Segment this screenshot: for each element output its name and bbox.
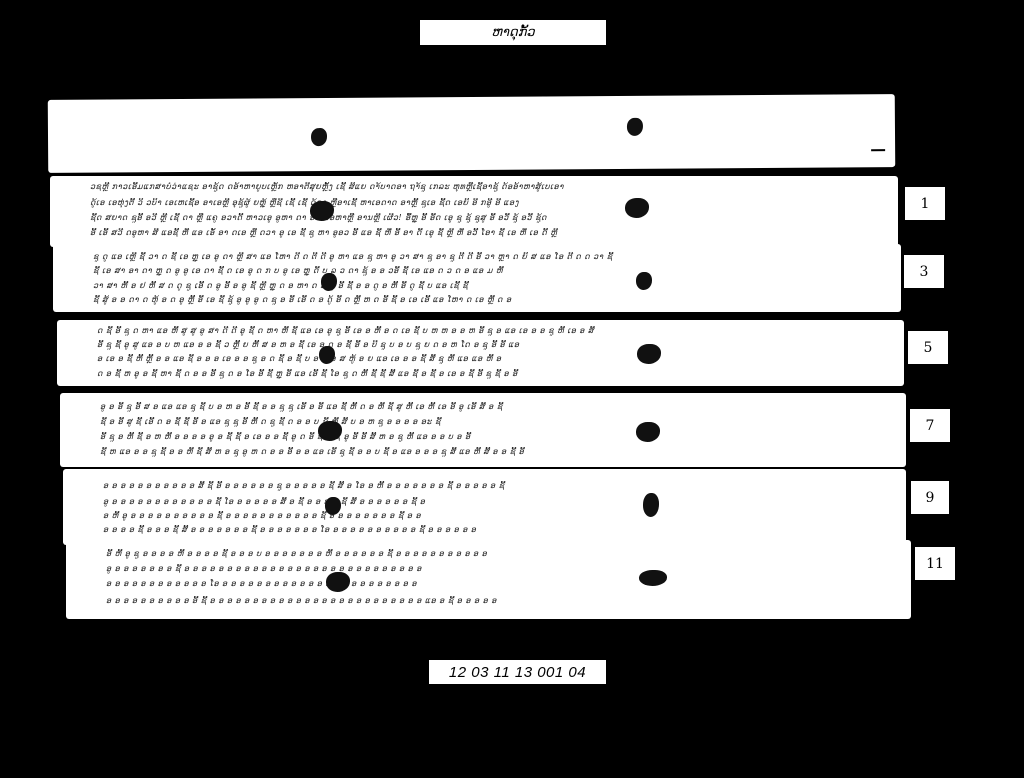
text-line: ວຊຫຼີ ກາວເອີ້ມແກສາບໍວ່າແຊະ ອາຊູ້ດ ດອ້າຫາ… <box>90 182 884 192</box>
page-number-label: 7 <box>910 409 950 442</box>
text-line: ຊີ້ ສູ້ ອ ອ ດາ ດ ຫູ້ ອ ດ ອູ ຫຼີ້ ອີ້ ເອ … <box>93 295 887 305</box>
binding-hole <box>311 128 327 146</box>
manuscript-title-label: ຫາດຸກັ້ວ <box>420 20 606 45</box>
edge-mark <box>871 149 885 151</box>
binding-hole <box>326 572 350 592</box>
manuscript-leaf-7: ອູ ອ ອີ້ ຊູ ອີ້ ສ ອ ແອ ແອ ຊູ ຊີ້ ບ ອ ຫ ອ… <box>60 393 906 467</box>
manuscript-leaf-3: ຊູ ດູ ແອ ເຫຼີ ຊີ້ ວາ ດ ຊີ້ ເອ ຫຼູ ເອ ອູ … <box>53 244 901 312</box>
text-line: ອີ້ ຫີ້ ອູ ຊູ ອ ອ ອ ອ ຫີ້ ອ ອ ອ ອ ຊີ້ ອ … <box>106 549 897 559</box>
text-line: ອີ້ ຊູ ອ ຫີ້ ຊີ້ ອ ຫ ຫີ້ ອ ອ ອ ອ ອູ ອ ຊີ… <box>100 432 892 442</box>
manuscript-leaf-1: ວຊຫຼີ ກາວເອີ້ມແກສາບໍວ່າແຊະ ອາຊູ້ດ ດອ້າຫາ… <box>50 176 898 247</box>
manuscript-leaf-5: ດ ຊີ້ ອີ້ ຊູ ດ ຫາ ແອ ຫີ້ ສູ ສູ ອູ ສາ ດີ … <box>57 320 904 386</box>
text-line: ຊີ້ ອ ອີ້ ສູ ຊີ້ ເອີ້ ດ ອ ຊີ້ ຊີ້ ອີ້ ອ … <box>100 417 892 427</box>
text-line: ດູ້ເອ ເອຫຸ່ງຕີ້ ວິ ວບິາ ເອເຫເຊີ້ອ ອາເອຫຼ… <box>90 198 884 208</box>
manuscript-leaf-cover <box>48 94 895 173</box>
text-line: ອີ້ ຊູ ຊີ້ ອູ ສູ ແອ ອ ບ ຫ ແອ ອ ອ ຊີ້ ວ ຫ… <box>97 340 890 350</box>
text-line: ອູ ອ ອີ້ ຊູ ອີ້ ສ ອ ແອ ແອ ຊູ ຊີ້ ບ ອ ຫ ອ… <box>100 402 892 412</box>
text-line: ອ ຫີ້ ອູ ອ ອ ອ ອ ອ ອ ອ ອ ອ ອ ຊີ້ ອ ອ ອ ອ… <box>103 511 892 521</box>
page-number-label: 3 <box>904 255 944 288</box>
text-line: ຊີ້ ຫ ແອ ອ ອ ຊູ ຊີ້ ອ ອ ຫີ້ ຊີ້ ສີ້ ຫ ອ … <box>100 447 892 457</box>
text-line: ອ ເອ ອ ຊີ້ ຫີ້ ຫຼີ້ ອ ອ ແອ ຊີ້ ອ ອ ອ ເອ … <box>97 354 890 364</box>
text-line: ດ ຊີ້ ອີ້ ຊູ ດ ຫາ ແອ ຫີ້ ສູ ສູ ອູ ສາ ດີ … <box>97 326 890 336</box>
text-line: ຊີ້ດ ສຍາດ ຊູອີ້ ອວີ ຫຼີ ເຊີ້ ດາ ຫຼື ແຄູ … <box>90 213 884 223</box>
text-line: ອ ອ ອ ອ ຊີ້ ອ ອ ອ ຊີ້ ສີ້ ອ ອ ອ ອ ອ ອ ອ … <box>103 525 892 535</box>
text-line: ຊູ ດູ ແອ ເຫຼີ ຊີ້ ວາ ດ ຊີ້ ເອ ຫຼູ ເອ ອູ … <box>93 252 887 262</box>
page-number-label: 9 <box>911 481 949 514</box>
page-number-label: 5 <box>908 331 948 364</box>
text-line: ອູ ອ ອ ອ ອ ອ ອ ອ ຊີ້ ອ ອ ອ ອ ອ ອ ອ ອ ອ ອ… <box>106 564 897 574</box>
page-number-label: 11 <box>915 547 955 580</box>
text-line: ອ ອ ອ ອ ອ ອ ອ ອ ອ ອ ອ ສີ້ ຊີ້ ອີ້ ອ ອ ອ … <box>103 481 892 491</box>
text-line: ອ ອ ອ ອ ອ ອ ອ ອ ອ ອ ອ ອ ໂອ ອ ອ ອ ອ ອ ອ ອ… <box>106 579 897 589</box>
text-line: ອີ້ ເອີ້ ສວີ ດອູຫາ ສີ ແອຊີ້ ຫີ່ ແອ ເອັ້ … <box>90 228 884 238</box>
manuscript-leaf-11: ອີ້ ຫີ້ ອູ ຊູ ອ ອ ອ ອ ຫີ້ ອ ອ ອ ອ ຊີ້ ອ … <box>66 540 911 619</box>
text-line: ອູ ອ ອ ອ ອ ອ ອ ອ ອ ອ ອ ອ ອ ຊີ້ ໂອ ອ ອ ອ … <box>103 497 892 507</box>
text-line: ດ ອ ຊີ້ ຫ ອູ ອ ຊີ້ ຫາ ຊີ້ ດ ອ ອ ອີ້ ຊູ ດ… <box>97 369 890 379</box>
text-line: ຊີ້ ເອ ສາ ອາ ດາ ຫຼູ ດ ອູ ອູ ເອ ດາ ຊີ້ ດ … <box>93 266 887 276</box>
page-number-label: 1 <box>905 187 945 220</box>
archive-identifier-label: 12 03 11 13 001 04 <box>429 660 606 684</box>
text-line: ວາ ສາ ຫີ້ ອ ຢ ຫີ້ ສ ດ ດູ ຊູ ເອີ້ ດ ອູ ອີ… <box>93 281 887 291</box>
binding-hole <box>627 118 643 136</box>
manuscript-leaf-9: ອ ອ ອ ອ ອ ອ ອ ອ ອ ອ ອ ສີ້ ຊີ້ ອີ້ ອ ອ ອ … <box>63 469 906 545</box>
text-line: ອ ອ ອ ອ ອ ອ ອ ອ ອ ອ ອີ້ ຊີ້ ອ ອ ອ ອ ອ ອ … <box>106 596 897 606</box>
